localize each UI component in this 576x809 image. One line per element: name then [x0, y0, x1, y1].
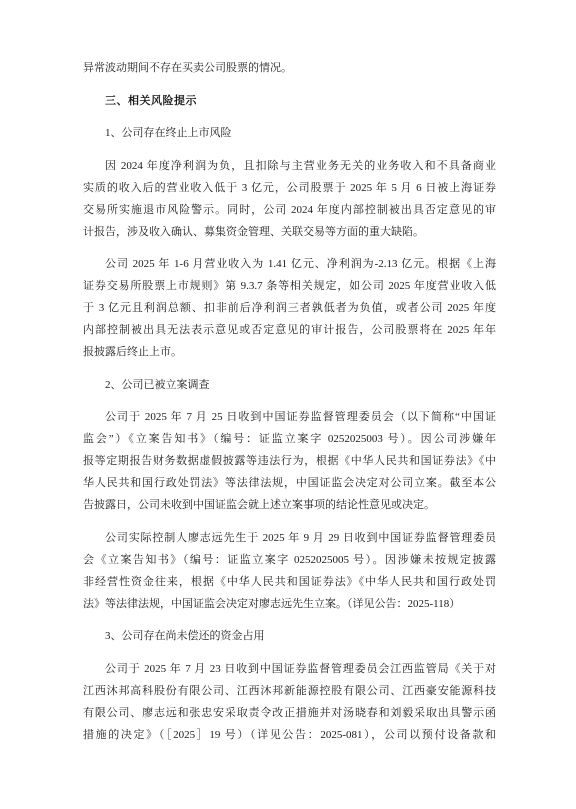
text-line: 三、相关风险提示	[83, 90, 496, 112]
text-line: 3、公司存在尚未偿还的资金占用	[83, 625, 496, 647]
text-line: 2、公司已被立案调查	[83, 374, 496, 396]
text-line: 告披露日，公司未收到中国证监会就上述立案事项的结论性意见或决定。	[83, 494, 496, 516]
subsection-1-delisting-risk: 1、公司存在终止上市风险	[83, 122, 496, 144]
text-line: 证券交易所股票上市规则》第 9.3.7 条等相关规定，如公司 2025 年度营业…	[83, 275, 496, 297]
text-line: 江西沐邦高科股份有限公司、江西沐邦新能源控股有限公司、江西豪安能源科技	[83, 680, 496, 702]
text-line: 计报告，涉及收入确认、募集资金管理、关联交易等方面的重大缺陷。	[83, 221, 496, 243]
document-body: 异常波动期间不存在买卖公司股票的情况。三、相关风险提示1、公司存在终止上市风险因…	[83, 57, 496, 746]
text-line: 会《立案告知书》（编号：证监立案字 0252025005 号）。因涉嫌未按规定披…	[83, 549, 496, 571]
text-line: 公司 2025 年 1-6 月营业收入为 1.41 亿元、净利润为-2.13 亿…	[83, 253, 496, 275]
text-line: 内部控制被出具无法表示意见或否定意见的审计报告，公司股票将在 2025 年年	[83, 319, 496, 341]
subsection-3-fund-occupation: 3、公司存在尚未偿还的资金占用	[83, 625, 496, 647]
text-line: 交易所实施退市风险警示。同时，公司 2024 年度内部控制被出具否定意见的审	[83, 199, 496, 221]
paragraph-csrc-company-case: 公司于 2025 年 7 月 25 日收到中国证券监督管理委员会（以下简称“中国…	[83, 406, 496, 516]
text-line: 公司于 2025 年 7 月 23 日收到中国证券监督管理委员会江西监管局《关于…	[83, 658, 496, 680]
text-line: 公司实际控制人廖志远先生于 2025 年 9 月 29 日收到中国证券监督管理委…	[83, 527, 496, 549]
text-line: 1、公司存在终止上市风险	[83, 122, 496, 144]
text-line: 因 2024 年度净利润为负，且扣除与主营业务无关的业务收入和不具备商业	[83, 155, 496, 177]
text-line: 报等定期报告财务数据虚假披露等违法行为，根据《中华人民共和国证券法》《中	[83, 450, 496, 472]
section-heading-risk-warnings: 三、相关风险提示	[83, 90, 496, 112]
text-line: 非经营性资金往来，根据《中华人民共和国证券法》《中华人民共和国行政处罚	[83, 571, 496, 593]
document-page: 异常波动期间不存在买卖公司股票的情况。三、相关风险提示1、公司存在终止上市风险因…	[0, 0, 576, 809]
text-line: 公司于 2025 年 7 月 25 日收到中国证券监督管理委员会（以下简称“中国…	[83, 406, 496, 428]
text-line: 监会”）《立案告知书》（编号：证监立案字 0252025003 号）。因公司涉嫌…	[83, 428, 496, 450]
paragraph-csrc-controller-case: 公司实际控制人廖志远先生于 2025 年 9 月 29 日收到中国证券监督管理委…	[83, 527, 496, 615]
text-line: 华人民共和国行政处罚法》等法律法规，中国证监会决定对公司立案。截至本公	[83, 472, 496, 494]
text-line: 报披露后终止上市。	[83, 341, 496, 363]
subsection-2-case-investigation: 2、公司已被立案调查	[83, 374, 496, 396]
paragraph-delisting-warning-2024: 因 2024 年度净利润为负，且扣除与主营业务无关的业务收入和不具备商业实质的收…	[83, 155, 496, 243]
paragraph-trading-continuation: 异常波动期间不存在买卖公司股票的情况。	[83, 57, 496, 79]
paragraph-2025-interim-results: 公司 2025 年 1-6 月营业收入为 1.41 亿元、净利润为-2.13 亿…	[83, 253, 496, 363]
paragraph-jiangxi-regulator-decision: 公司于 2025 年 7 月 23 日收到中国证券监督管理委员会江西监管局《关于…	[83, 658, 496, 746]
text-line: 法》等法律法规，中国证监会决定对廖志远先生立案。（详见公告：2025-118）	[83, 593, 496, 615]
text-line: 于 3 亿元且利润总额、扣非前后净利润三者孰低者为负值，或者公司 2025 年度	[83, 297, 496, 319]
text-line: 异常波动期间不存在买卖公司股票的情况。	[83, 57, 496, 79]
text-line: 措施的决定》（［2025］19 号）（详见公告：2025-081），公司以预付设…	[83, 724, 496, 746]
text-line: 有限公司、廖志远和张忠安采取责令改正措施并对汤晓春和刘毅采取出具警示函	[83, 702, 496, 724]
text-line: 实质的收入后的营业收入低于 3 亿元，公司股票于 2025 年 5 月 6 日被…	[83, 177, 496, 199]
